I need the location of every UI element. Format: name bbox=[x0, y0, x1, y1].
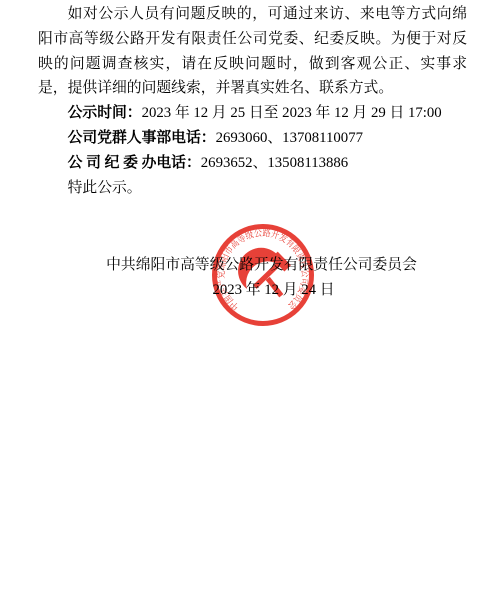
hr-phone-line: 公司党群人事部电话：2693060、13708110077 bbox=[38, 126, 467, 151]
issuer-signature: 中共绵阳市高等级公路开发有限责任公司委员会 bbox=[47, 253, 476, 278]
hr-phone-label: 公司党群人事部电话： bbox=[68, 130, 216, 146]
notice-content: 如对公示人员有问题反映的，可通过来访、来电等方式向绵阳市高等级公路开发有限责任公… bbox=[38, 2, 467, 303]
hr-phone-value: 2693060、13708110077 bbox=[216, 130, 363, 146]
issue-date: 2023 年 12 月 24 日 bbox=[59, 278, 488, 303]
discipline-phone-value: 2693652、13508113886 bbox=[201, 155, 348, 171]
discipline-phone-label: 公 司 纪 委 办电话： bbox=[68, 155, 201, 171]
notice-paragraph: 如对公示人员有问题反映的，可通过来访、来电等方式向绵阳市高等级公路开发有限责任公… bbox=[38, 2, 467, 101]
closing-statement: 特此公示。 bbox=[38, 176, 467, 201]
notice-document: 如对公示人员有问题反映的，可通过来访、来电等方式向绵阳市高等级公路开发有限责任公… bbox=[0, 0, 500, 598]
discipline-phone-line: 公 司 纪 委 办电话：2693652、13508113886 bbox=[38, 151, 467, 176]
publicity-period-value: 2023 年 12 月 25 日至 2023 年 12 月 29 日 17:00 bbox=[142, 105, 442, 121]
publicity-period-line: 公示时间：2023 年 12 月 25 日至 2023 年 12 月 29 日 … bbox=[38, 101, 467, 126]
publicity-period-label: 公示时间： bbox=[68, 105, 142, 121]
